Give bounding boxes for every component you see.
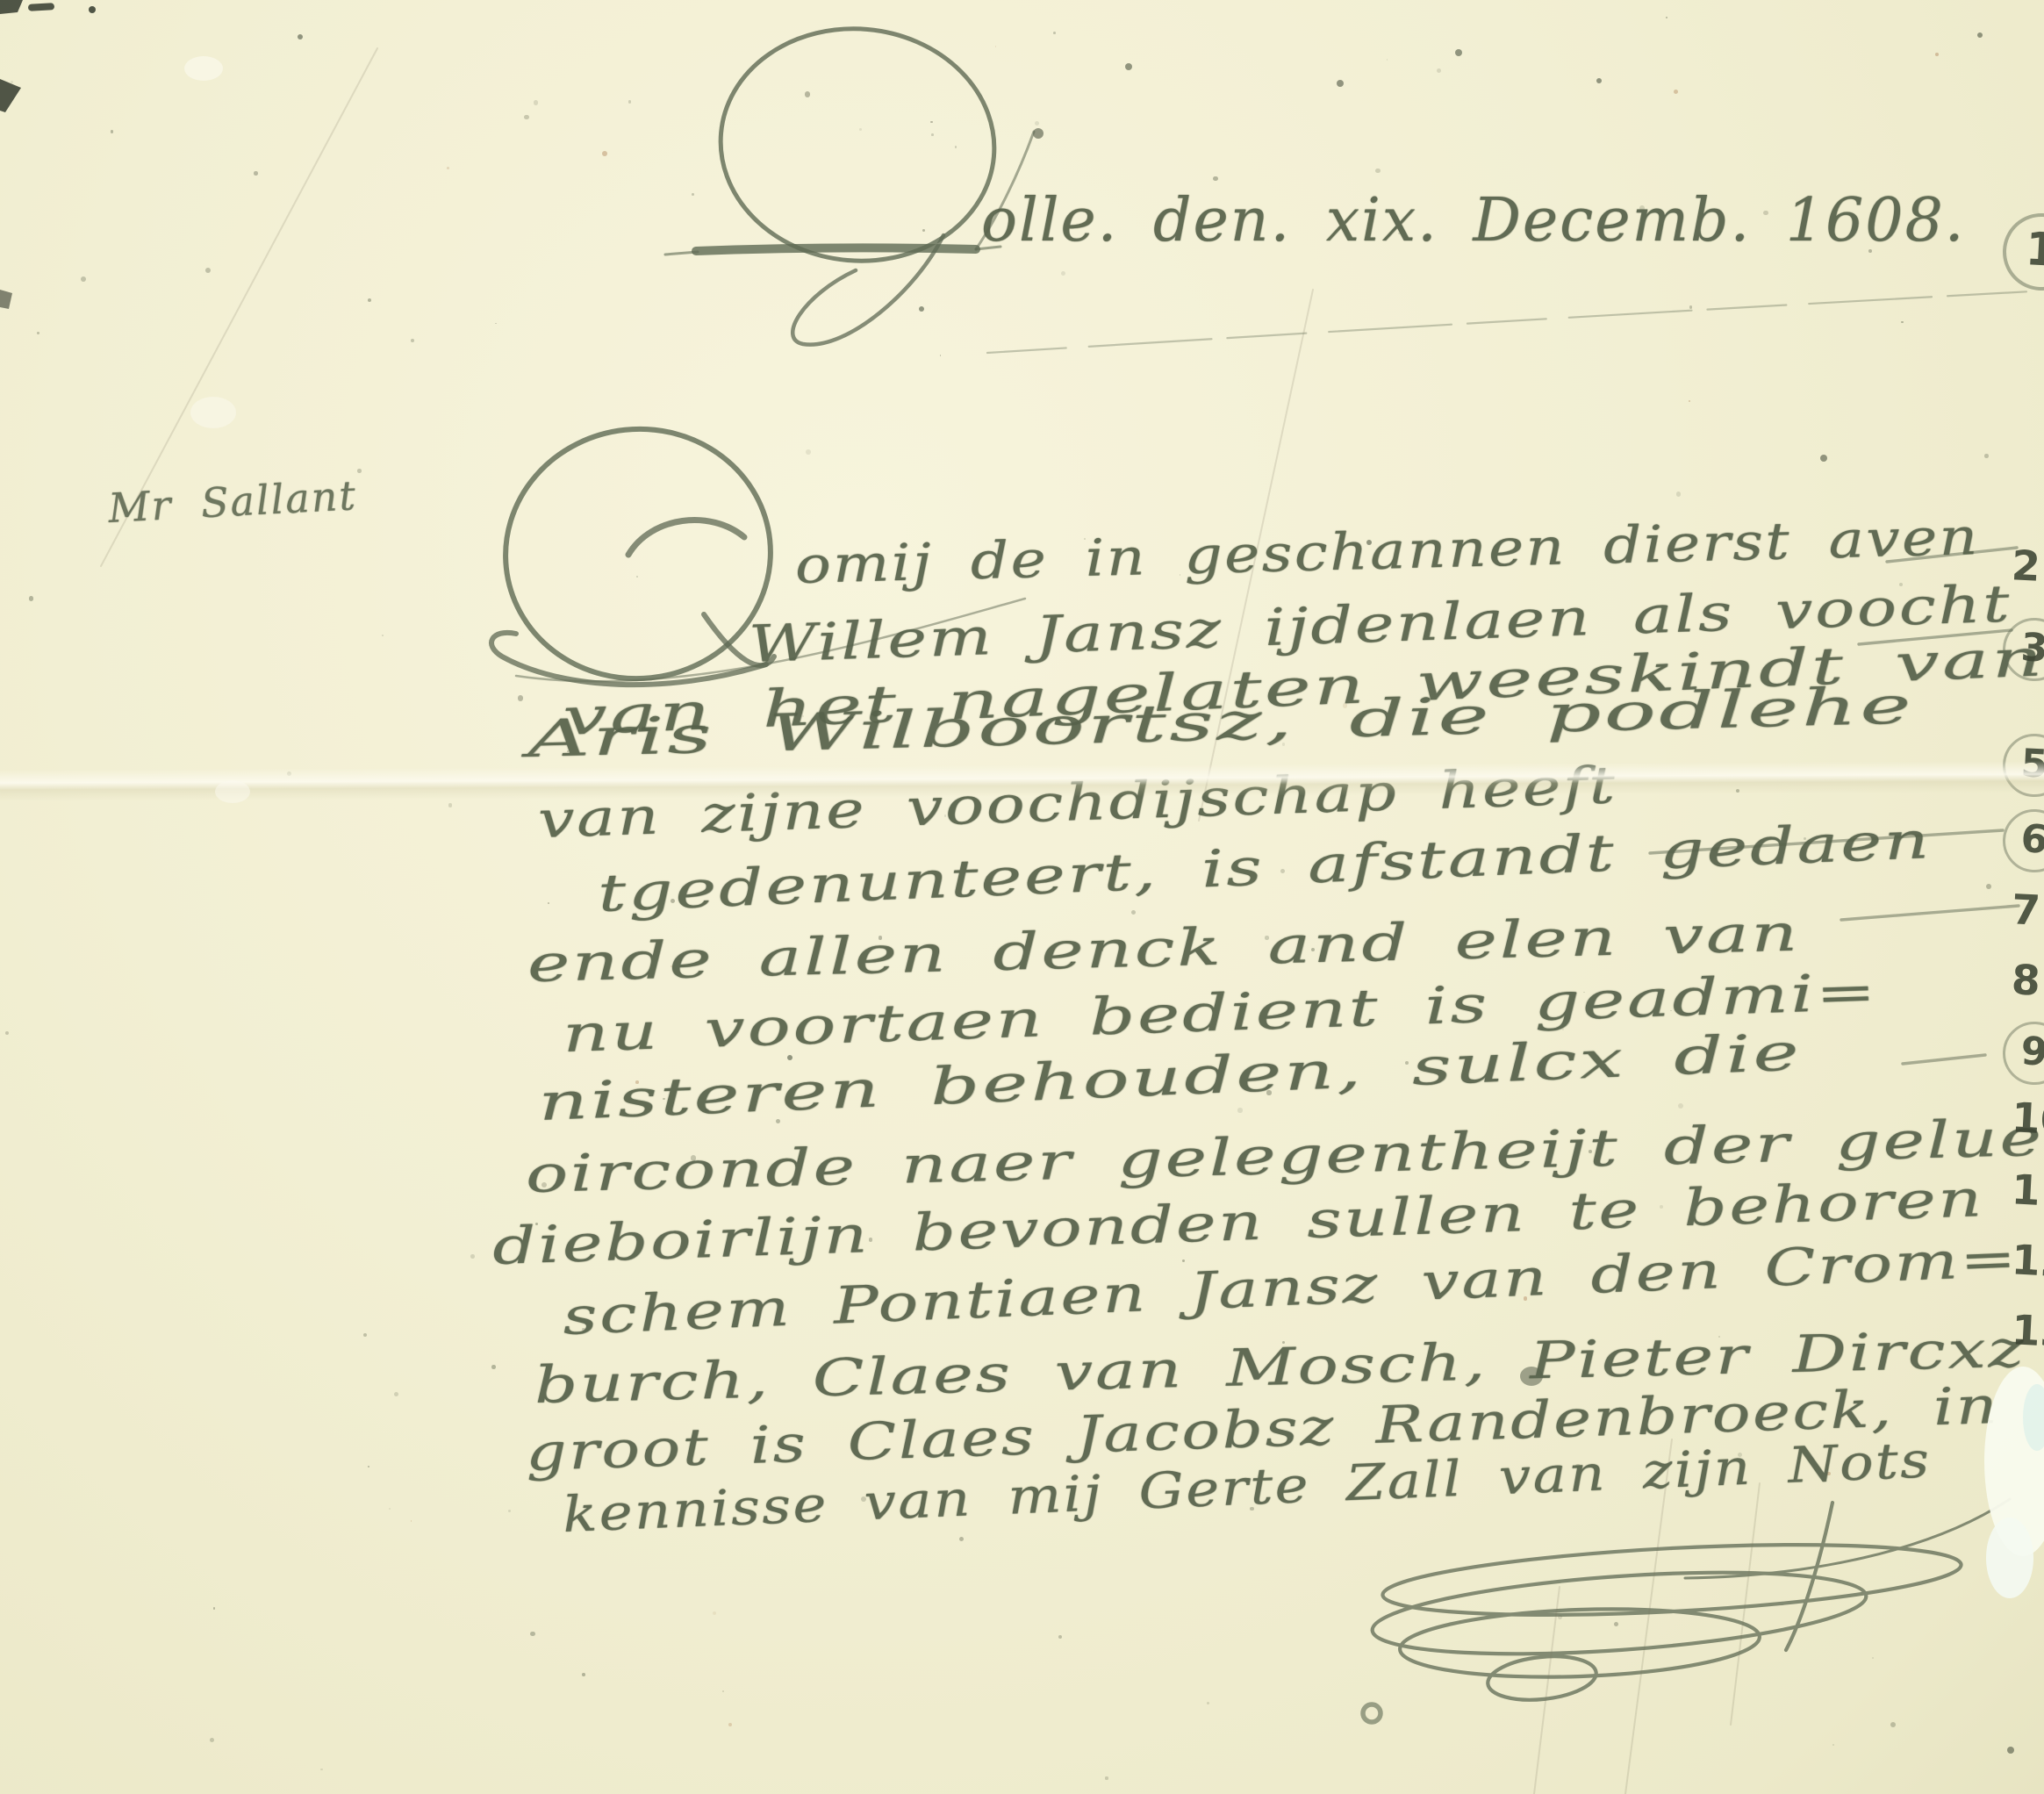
ink-spot: [1596, 78, 1602, 83]
paper-speck: [357, 469, 362, 473]
paper-speck: [931, 133, 934, 136]
signature-flourish: [1370, 1499, 2010, 1704]
paper-speck: [524, 115, 529, 120]
ink-spot: [1820, 455, 1827, 462]
paper-speck: [411, 1520, 412, 1522]
paper-speck: [1832, 1744, 1834, 1746]
ink-spot: [1337, 80, 1344, 87]
ink-spot: [1125, 63, 1132, 70]
paper-speck: [1058, 1635, 1062, 1639]
line-number: 11: [2011, 1169, 2044, 1213]
paper-speck: [1437, 68, 1441, 73]
paper-speck: [368, 1466, 369, 1467]
paper-speck: [382, 635, 384, 636]
paper-speck: [411, 339, 414, 342]
line-number: 10: [2011, 1097, 2044, 1141]
paper-speck: [470, 1254, 475, 1259]
paper-speck: [320, 1769, 322, 1770]
paragraph-initial-hook: [628, 520, 744, 555]
paper-speck: [1736, 789, 1740, 793]
line-number-circled: 9: [2001, 1020, 2044, 1087]
paper-speck: [1061, 271, 1065, 276]
manuscript-page: olle. den. xix. Decemb. 1608. Mr Sallant…: [0, 0, 2044, 1794]
paper-speck: [628, 100, 632, 104]
ink-spot: [1033, 128, 1044, 139]
paper-speck: [1901, 321, 1903, 323]
paragraph-initial-swash: [491, 633, 766, 685]
paper-speck: [930, 121, 932, 123]
line-number: 7: [2011, 889, 2041, 932]
paper-speck: [447, 167, 449, 169]
paper-speck: [363, 1333, 367, 1337]
paper-speck: [1459, 1621, 1460, 1623]
paper-speck: [1053, 32, 1056, 34]
paper-speck: [2023, 1527, 2026, 1530]
ink-spot: [1455, 49, 1462, 56]
paper-speck: [205, 268, 211, 273]
paper-speck: [805, 91, 810, 97]
paper-speck: [582, 1673, 585, 1676]
line-number-circled: 5: [2001, 732, 2044, 799]
paper-speck: [728, 1723, 733, 1727]
paper-speck: [518, 695, 523, 700]
line-number-circled: 6: [2001, 807, 2044, 874]
cyan-stain: [2023, 1384, 2044, 1451]
line-number-circled: 1: [2001, 212, 2044, 292]
paper-speck: [1666, 17, 1667, 18]
ink-spot: [2007, 1747, 2014, 1754]
paper-speck: [722, 1690, 724, 1692]
paper-speck: [1984, 454, 1989, 458]
paper-speck: [602, 151, 607, 156]
paper-speck: [959, 1537, 964, 1541]
ink-spot: [298, 34, 303, 39]
paper-speck: [37, 332, 39, 334]
paper-speck: [1935, 53, 1939, 56]
paper-speck: [922, 229, 925, 232]
paper-speck: [1614, 1622, 1618, 1626]
paper-speck: [210, 1738, 214, 1742]
paper-speck: [448, 803, 453, 807]
paper-speck: [1872, 1657, 1874, 1659]
line-number: 8: [2011, 959, 2041, 1002]
paper-speck: [940, 355, 942, 356]
ink-spot: [1977, 32, 1983, 38]
paper-speck: [1375, 169, 1381, 174]
paper-speck: [11, 81, 14, 84]
paper-speck: [1689, 305, 1693, 309]
paper-speck: [495, 323, 497, 325]
paper-speck: [859, 128, 862, 131]
paper-speck: [1890, 1722, 1896, 1727]
paper-speck: [508, 1510, 511, 1512]
paper-speck: [530, 1632, 534, 1636]
line-number: 12: [2011, 1239, 2044, 1283]
paper-speck: [1213, 176, 1218, 182]
paper-speck: [5, 1031, 9, 1035]
paper-speck: [534, 100, 538, 104]
paper-speck: [1986, 884, 1991, 889]
heading-underline: [987, 291, 2032, 353]
paper-speck: [1035, 121, 1039, 126]
paper-speck: [81, 276, 86, 282]
paper-speck: [394, 1392, 398, 1396]
paper-speck: [636, 576, 638, 578]
paper-speck: [1131, 910, 1136, 915]
paper-speck: [713, 1611, 716, 1615]
paper-speck: [29, 596, 34, 601]
paper-speck: [254, 171, 257, 175]
edge-marks: [0, 0, 96, 309]
heading-initial-flourish: [711, 18, 1004, 272]
heading-place-date: olle. den. xix. Decemb. 1608.: [981, 186, 1965, 255]
line-number: 2: [2011, 545, 2041, 588]
paper-speck: [995, 46, 997, 47]
paper-speck: [955, 146, 957, 148]
paper-speck: [1678, 1103, 1683, 1109]
heading-initial-descender: [792, 235, 943, 345]
paper-speck: [1105, 1776, 1108, 1779]
paper-speck: [1674, 90, 1678, 94]
paragraph-initial-flourish: [493, 416, 783, 692]
paper-speck: [1387, 59, 1388, 61]
paper-speck: [1676, 492, 1682, 497]
paper-speck: [1689, 400, 1691, 403]
paper-speck: [548, 902, 549, 904]
paper-speck: [213, 1607, 216, 1610]
paper-speck: [1207, 1702, 1209, 1704]
paper-speck: [692, 193, 694, 196]
paper-speck: [111, 130, 113, 133]
line-number: 13: [2011, 1310, 2044, 1353]
paper-speck: [806, 449, 811, 455]
ink-spot: [919, 306, 924, 312]
paper-speck: [1558, 1615, 1562, 1619]
paper-speck: [491, 1365, 496, 1369]
paper-speck: [1237, 1108, 1242, 1112]
paper-speck: [368, 298, 371, 302]
heading-initial-bar: [696, 248, 976, 251]
margin-annotation: Mr Sallant: [107, 471, 358, 532]
paper-speck: [287, 771, 291, 776]
ink-blot-ring: [1363, 1704, 1381, 1722]
paper-speck: [389, 1508, 391, 1510]
